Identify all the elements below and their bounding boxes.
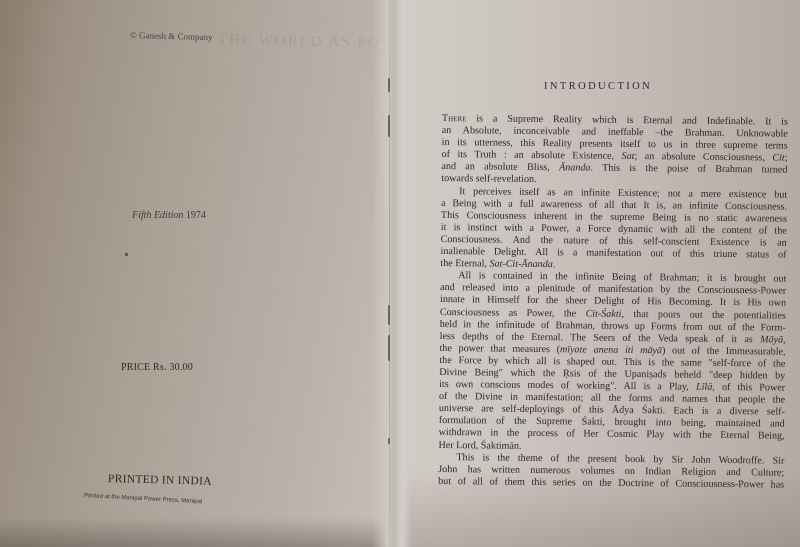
edition-line: Fifth Edition 1974	[132, 210, 206, 221]
paper-speck	[125, 253, 128, 256]
book-spread: THE WORLD AS POWER © Ganesh & Company Fi…	[0, 0, 800, 547]
price-line: PRICE Rs. 30.00	[121, 362, 193, 373]
book-gutter	[372, 0, 412, 547]
left-page-colophon	[0, 0, 392, 547]
edition-year: 1974	[186, 210, 206, 221]
binding-thread	[388, 305, 390, 325]
edition-label: Fifth Edition	[132, 210, 183, 221]
binding-thread	[388, 438, 390, 444]
binding-thread	[388, 78, 390, 92]
copyright-notice: © Ganesh & Company	[130, 30, 213, 42]
binding-thread	[388, 335, 390, 361]
introduction-body: There is a Supreme Reality which is Eter…	[438, 113, 788, 492]
chapter-title: INTRODUCTION	[544, 81, 652, 92]
binding-thread	[388, 115, 390, 137]
